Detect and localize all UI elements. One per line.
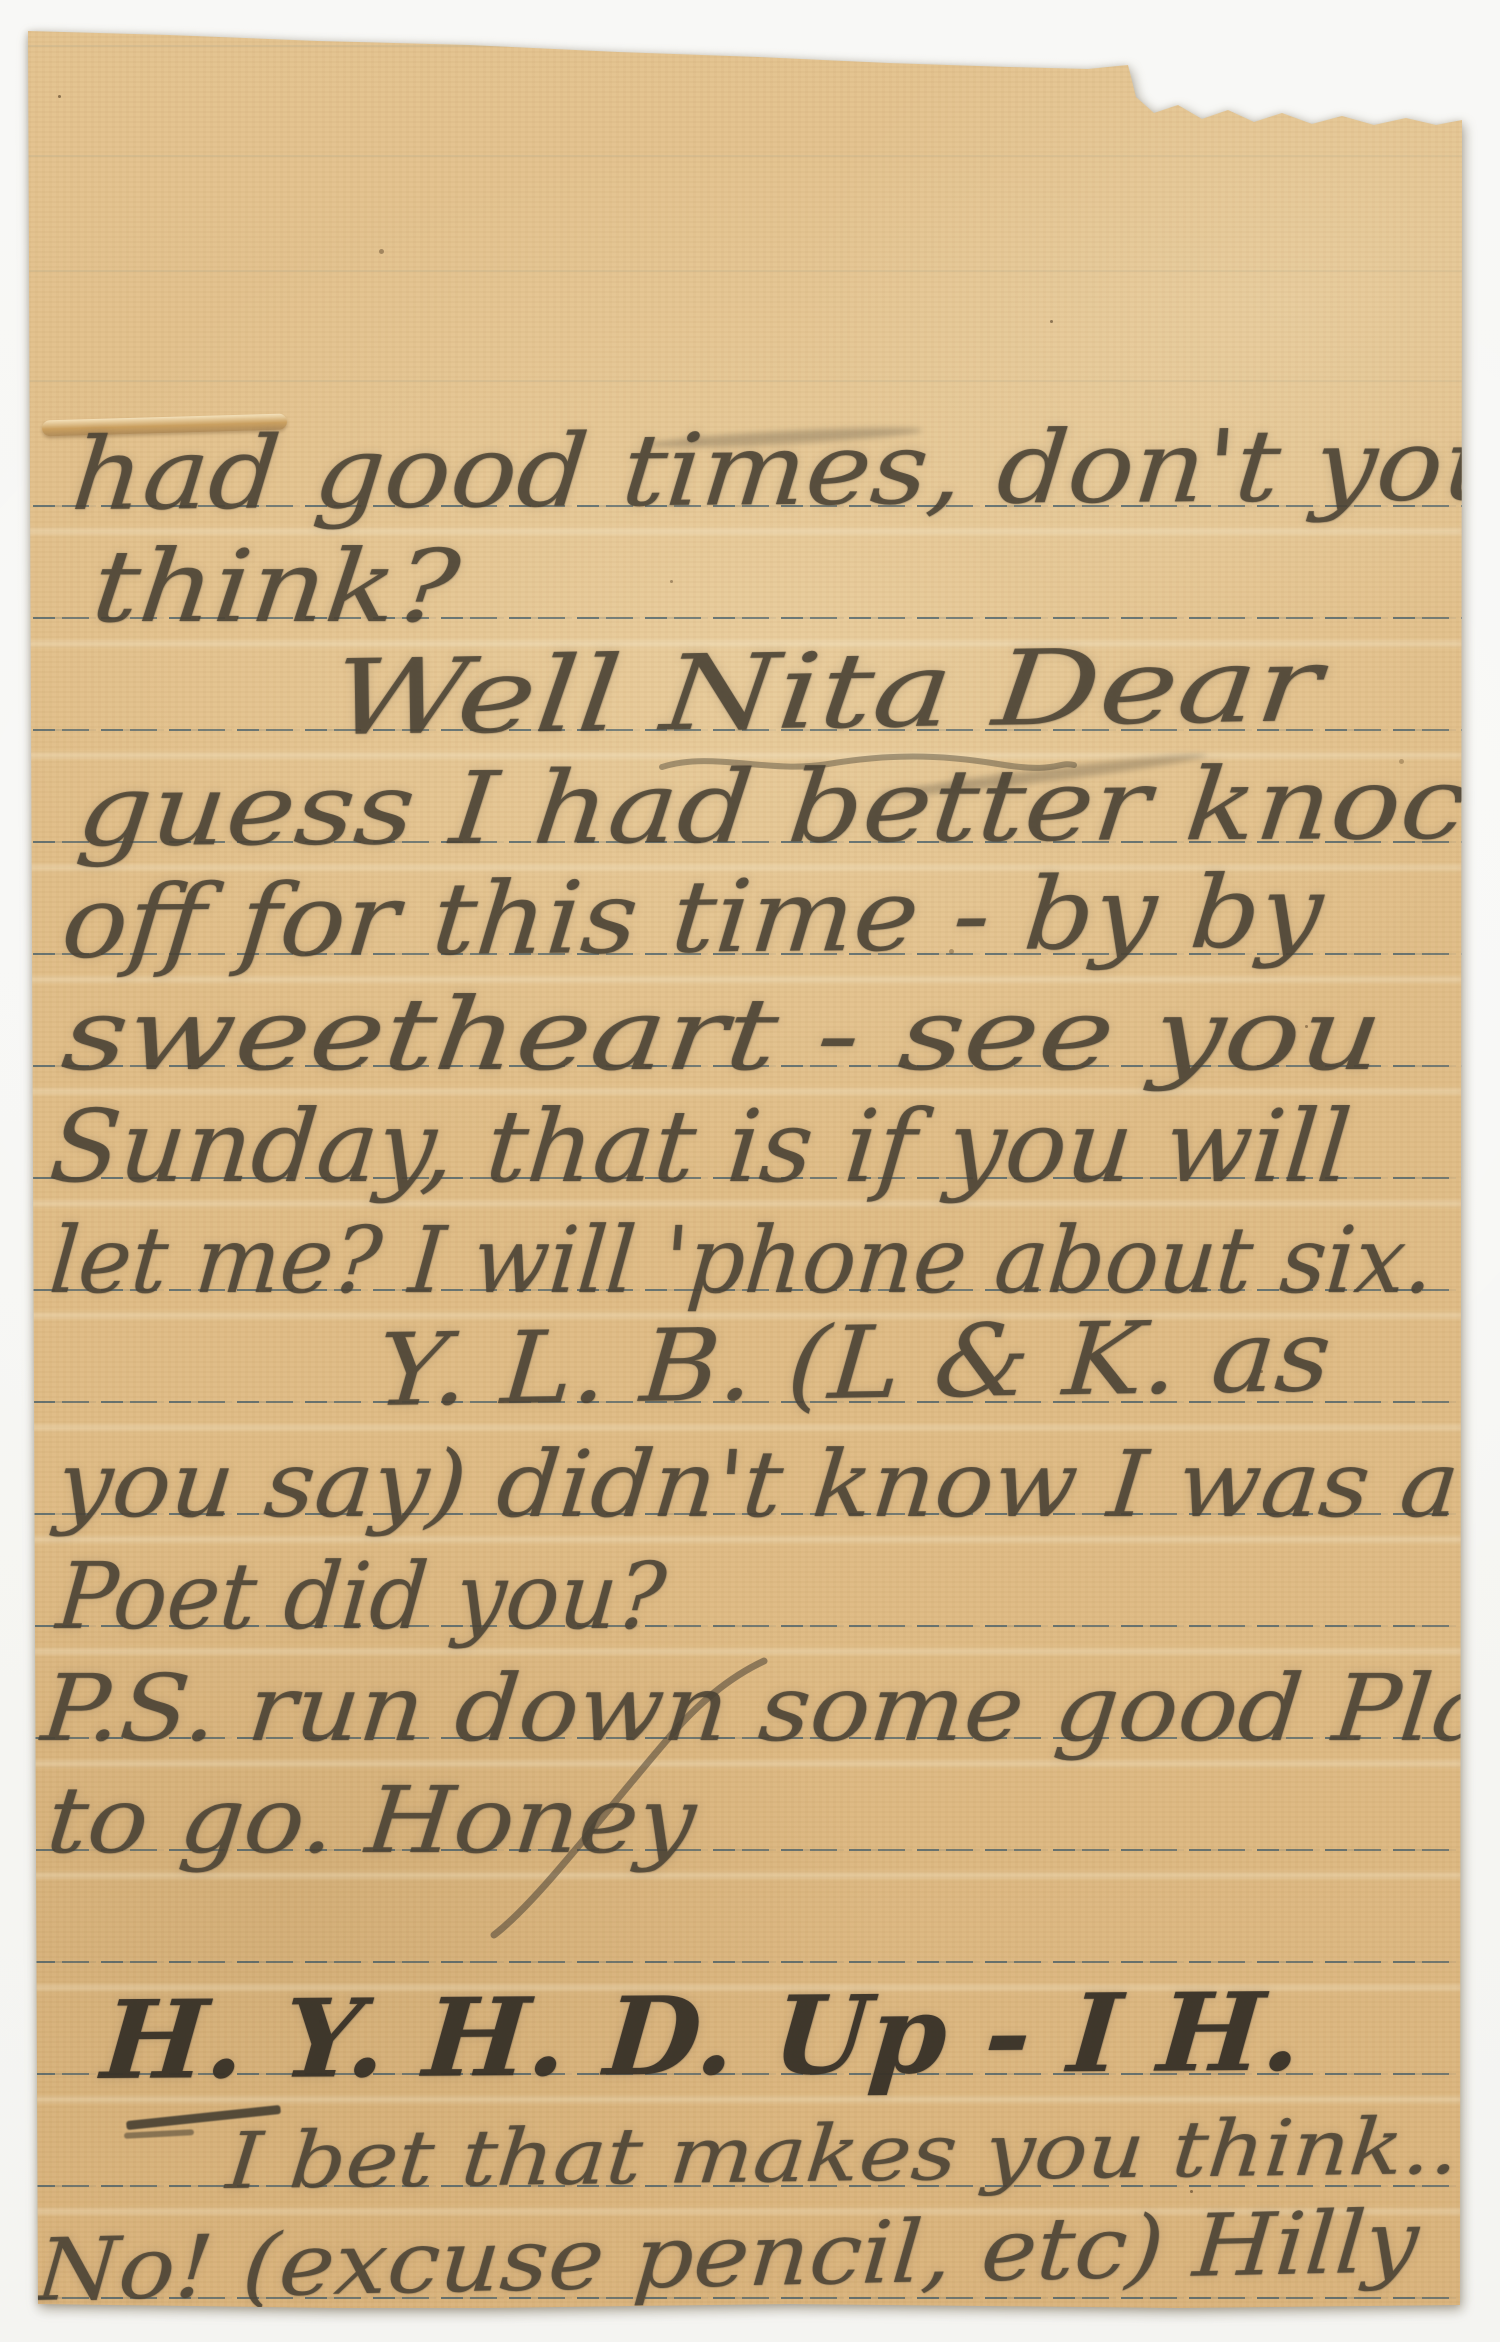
letter-line: had good times, don't you bbox=[68, 415, 1500, 525]
rule-line bbox=[28, 1961, 1462, 1963]
letter-line: sweetheart - see you bbox=[58, 985, 1388, 1085]
letter-line: Sunday, that is if you will bbox=[46, 1097, 1355, 1197]
letter-line: I bet that makes you think.. bbox=[224, 2108, 1463, 2201]
paper-specks bbox=[58, 95, 61, 98]
letter-line: P.S. run down some good Place bbox=[38, 1663, 1500, 1755]
letter-line-initialism: H. Y. H. D. Up - I H. bbox=[98, 1979, 1306, 2095]
faint-rule-line bbox=[28, 380, 1462, 382]
letter-line: to go. Honey bbox=[43, 1775, 699, 1867]
letter-line: let me? I will 'phone about six. bbox=[46, 1215, 1437, 1307]
letter-line: Well Nita Dear bbox=[328, 632, 1325, 750]
paper-sheet: had good times, don't you think? Well Ni… bbox=[28, 25, 1462, 2308]
letter-line: Poet did you? bbox=[53, 1551, 669, 1643]
faint-rule-line bbox=[28, 155, 1462, 157]
letter-line: think? bbox=[88, 537, 464, 637]
scan-background: { "page": { "background_color": "#f8f8f6… bbox=[0, 0, 1500, 2342]
emphasis-underline bbox=[124, 2129, 194, 2139]
letter-line: guess I had better knock bbox=[73, 753, 1500, 861]
paper-surface: had good times, don't you think? Well Ni… bbox=[28, 25, 1462, 2308]
letter-line: Y. L. B. (L & K. as bbox=[373, 1306, 1334, 1421]
faint-rule-line bbox=[28, 45, 1462, 47]
letter-line: you say) didn't know I was a bbox=[53, 1439, 1463, 1531]
faint-rule-line bbox=[28, 270, 1462, 272]
letter-line: off for this time - by by bbox=[58, 862, 1326, 973]
